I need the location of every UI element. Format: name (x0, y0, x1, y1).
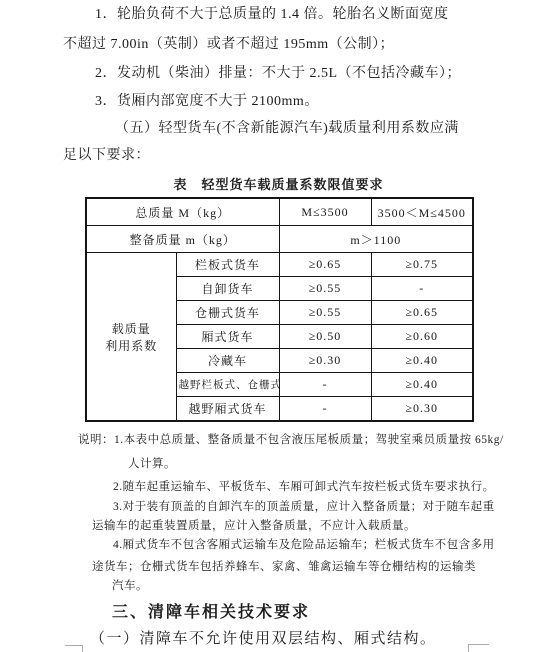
vehicle-type-cell: 冷藏车 (176, 349, 279, 373)
value-cell: ≥0.40 (371, 373, 473, 397)
intro-line: （五）轻型货车(不含新能源汽车)载质量利用系数应满 (115, 121, 459, 138)
vehicle-type-cell: 仓栅式货车 (176, 301, 279, 325)
note-line: 说明：1.本表中总质量、整备质量不包含液压尾板质量；驾驶室乘员质量按 65kg/ (78, 434, 504, 448)
vehicle-type-cell: 自卸货车 (176, 277, 279, 301)
value-cell: ≥0.65 (279, 253, 371, 277)
value-cell: ≥0.65 (371, 301, 473, 325)
note-line: 途货车；仓栅式货车包括养蜂车、家禽、雏禽运输车等仓栅结构的运输类 (92, 561, 476, 575)
row-group-label-line2: 利用系数 (105, 339, 157, 353)
intro-line: 足以下要求： (63, 148, 150, 165)
value-cell: ≥0.75 (371, 253, 473, 277)
text-boundary-mark-left (65, 645, 83, 652)
note-line: 汽车。 (112, 580, 148, 594)
header-cell-total-mass: 总质量 M（kg） (86, 198, 279, 226)
intro-line: 1．轮胎负荷不大于总质量的 1.4 倍。轮胎名义断面宽度 (95, 7, 449, 24)
header-cell-curb-mass: 整备质量 m（kg） (86, 226, 279, 253)
vehicle-type-cell: 越野厢式货车 (176, 397, 279, 422)
section-heading: 三、清障车相关技术要求 (112, 603, 310, 622)
document-page: 1．轮胎负荷不大于总质量的 1.4 倍。轮胎名义断面宽度 不超过 7.00in（… (0, 0, 552, 652)
note-line: 3.对于装有顶盖的自卸汽车的顶盖质量，应计入整备质量；对于随车起重 (113, 501, 495, 515)
intro-line: 3．货厢内部宽度不大于 2100mm。 (95, 94, 319, 111)
value-cell: ≥0.55 (279, 277, 371, 301)
text-boundary-mark-right (468, 644, 489, 652)
vehicle-type-cell: 厢式货车 (176, 325, 279, 349)
value-cell: ≥0.30 (371, 397, 473, 422)
value-cell: ≥0.50 (279, 325, 371, 349)
note-line: 2.随车起重运输车、平板货车、车厢可卸式汽车按栏板式货车要求执行。 (113, 481, 495, 495)
row-group-label-line1: 载质量 (112, 322, 151, 336)
value-cell: - (279, 397, 371, 422)
value-cell: ≥0.55 (279, 301, 371, 325)
value-cell: ≥0.60 (371, 325, 473, 349)
table-header-row: 整备质量 m（kg） m＞1100 (86, 226, 473, 253)
table-row: 载质量 利用系数 栏板式货车 ≥0.65 ≥0.75 (86, 253, 473, 277)
note-line: 4.厢式货车不包含客厢式运输车及危险品运输车；栏板式货车不包含多用 (113, 539, 495, 553)
value-cell: - (279, 373, 371, 397)
note-line: 运输车的起重装置质量，应计入整备质量，不应计入载质量。 (92, 520, 416, 534)
note-line: 人计算。 (128, 458, 176, 472)
header-cell-m-gt-1100: m＞1100 (279, 226, 473, 253)
vehicle-type-cell: 栏板式货车 (176, 253, 279, 277)
header-cell-3500-4500: 3500＜M≤4500 (371, 198, 473, 226)
intro-line: 不超过 7.00in（英制）或者不超过 195mm（公制）； (63, 37, 394, 54)
load-mass-coefficient-table: 总质量 M（kg） M≤3500 3500＜M≤4500 整备质量 m（kg） … (85, 197, 474, 422)
intro-line: 2．发动机（柴油）排量：不大于 2.5L（不包括冷藏车）； (95, 66, 461, 83)
table-header-row: 总质量 M（kg） M≤3500 3500＜M≤4500 (86, 198, 473, 226)
value-cell: ≥0.40 (371, 349, 473, 373)
section-paragraph: （一）清障车不允许使用双层结构、厢式结构。 (90, 630, 437, 648)
header-cell-m-le-3500: M≤3500 (279, 198, 371, 226)
vehicle-type-cell: 越野栏板式、仓栅式货车 (176, 373, 279, 397)
table-caption: 表 轻型货车载质量系数限值要求 (85, 177, 472, 193)
value-cell: ≥0.30 (279, 349, 371, 373)
row-group-label: 载质量 利用系数 (86, 253, 176, 422)
value-cell: - (371, 277, 473, 301)
